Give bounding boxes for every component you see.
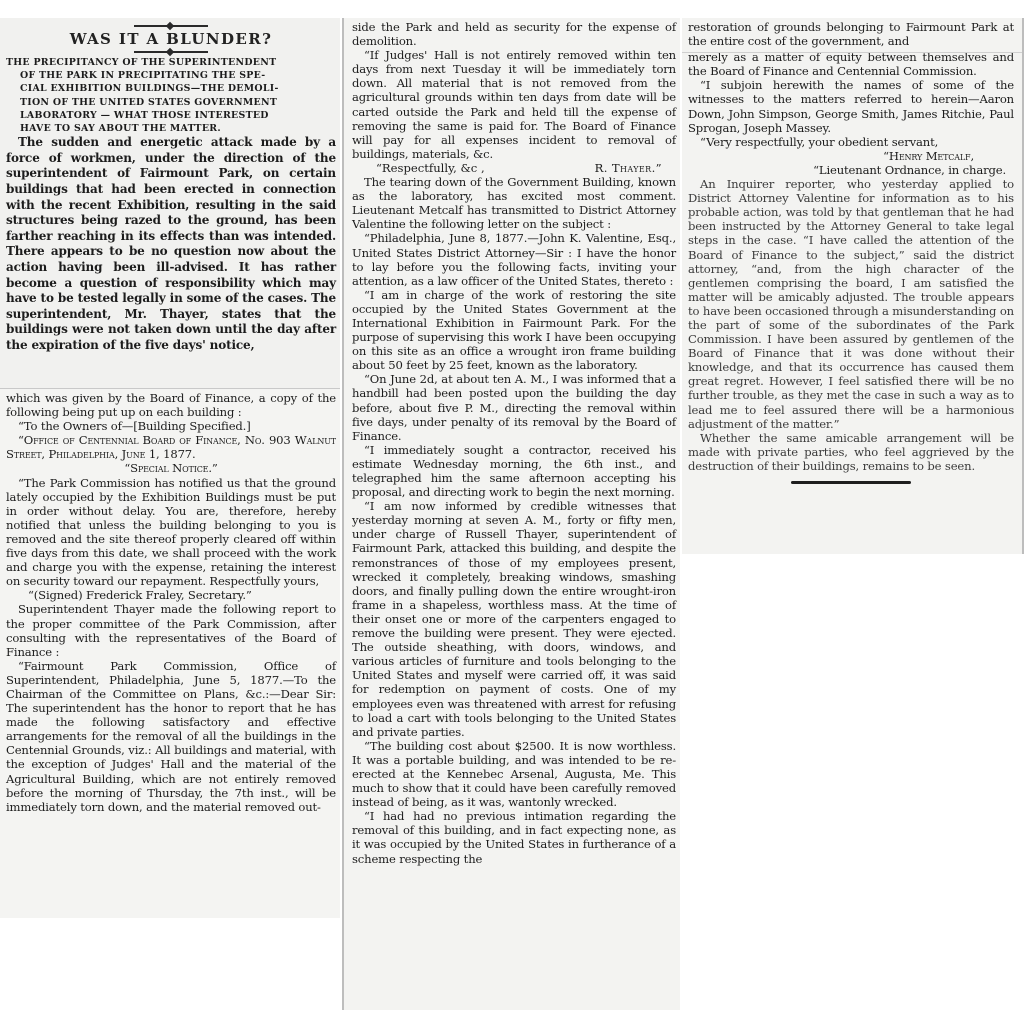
- column-left-bottom: which was given by the Board of Finance,…: [0, 388, 340, 918]
- subheading-line: OF THE PARK IN PRECIPITATING THE SPE-: [6, 69, 336, 82]
- subheading-line: TION OF THE UNITED STATES GOVERNMENT: [6, 96, 336, 109]
- ornamental-rule-bottom: [134, 51, 208, 53]
- paragraph: “I subjoin herewith the names of some of…: [688, 78, 1014, 134]
- signature-line: “Respectfully, &c , R. Thayer.”: [352, 161, 676, 175]
- signer-name: “Henry Metcalf,: [688, 149, 1014, 163]
- paragraph: “I am in charge of the work of restoring…: [352, 288, 676, 373]
- paragraph-continuation: which was given by the Board of Finance,…: [6, 391, 336, 419]
- subheading-line: LABORATORY — WHAT THOSE INTERESTED: [6, 109, 336, 122]
- paragraph: “On June 2d, at about ten A. M., I was i…: [352, 372, 676, 442]
- article-headline: WAS IT A BLUNDER?: [6, 30, 336, 48]
- lead-paragraph: The sudden and energetic attack made by …: [6, 135, 336, 353]
- notice-body: “The Park Commission has notified us tha…: [6, 476, 336, 589]
- column-right: restoration of grounds belonging to Fair…: [682, 18, 1024, 554]
- paragraph: side the Park and held as security for t…: [352, 20, 676, 48]
- notice-title: “Special Notice.”: [6, 461, 336, 475]
- thayer-report: “Fairmount Park Commission, Office of Su…: [6, 659, 336, 814]
- paragraph: An Inquirer reporter, who yesterday appl…: [688, 177, 1014, 431]
- paragraph: merely as a matter of equity between the…: [688, 50, 1014, 78]
- subheading-line: HAVE TO SAY ABOUT THE MATTER.: [6, 122, 336, 135]
- paragraph: Whether the same amicable arrangement wi…: [688, 431, 1014, 473]
- paragraph: “I am now informed by credible witnesses…: [352, 499, 676, 739]
- closing-line: “Very respectfully, your obedient servan…: [688, 135, 1014, 149]
- notice-signature: “(Signed) Frederick Fraley, Secretary.”: [6, 588, 336, 602]
- ornamental-rule-top: [134, 25, 208, 27]
- lead-paragraph-block: The sudden and energetic attack made by …: [6, 135, 336, 353]
- paragraph: “I had had no previous intimation regard…: [352, 809, 676, 865]
- column-left-top: WAS IT A BLUNDER? THE PRECIPITANCY OF TH…: [0, 18, 340, 388]
- paragraph: “Philadelphia, June 8, 1877.—John K. Val…: [352, 231, 676, 287]
- owners-line: “To the Owners of—[Building Specified.]: [6, 419, 336, 433]
- signature-closing: “Respectfully, &c ,: [376, 161, 485, 175]
- thayer-intro: Superintendent Thayer made the following…: [6, 602, 336, 658]
- paragraph: “If Judges' Hall is not entirely removed…: [352, 48, 676, 161]
- office-line: “Office of Centennial Board of Finance, …: [6, 433, 336, 461]
- column-middle: side the Park and held as security for t…: [342, 18, 680, 1010]
- signer-title: “Lieutenant Ordnance, in charge.: [688, 163, 1014, 177]
- paragraph: “The building cost about $2500. It is no…: [352, 739, 676, 809]
- clipping-seam: [682, 52, 1022, 53]
- paragraph: restoration of grounds belonging to Fair…: [688, 20, 1014, 48]
- article-subheadings: THE PRECIPITANCY OF THE SUPERINTENDENT O…: [6, 56, 336, 135]
- paragraph: “I immediately sought a contractor, rece…: [352, 443, 676, 499]
- subheading-line: THE PRECIPITANCY OF THE SUPERINTENDENT: [6, 56, 336, 69]
- end-of-article-rule: [791, 481, 911, 484]
- paragraph: The tearing down of the Government Build…: [352, 175, 676, 231]
- subheading-line: CIAL EXHIBITION BUILDINGS—THE DEMOLI-: [6, 82, 336, 95]
- signature-name: R. Thayer.”: [595, 161, 662, 175]
